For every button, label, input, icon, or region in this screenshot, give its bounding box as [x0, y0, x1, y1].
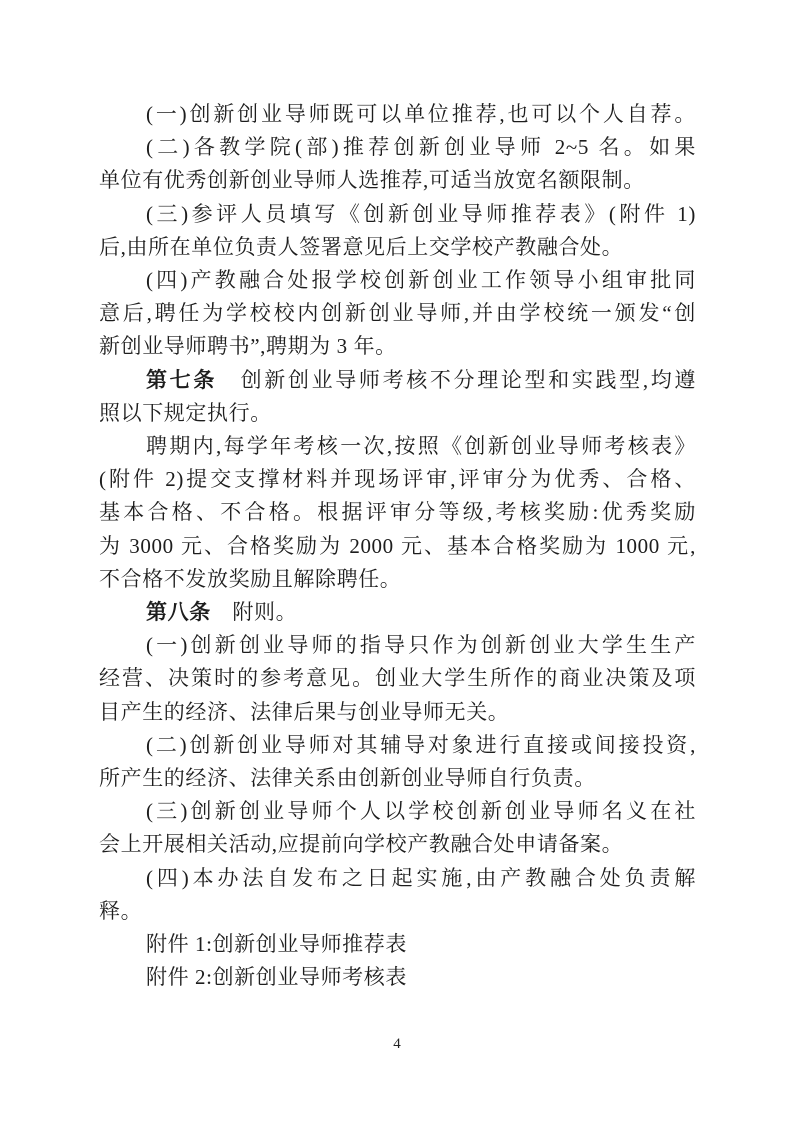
text-line: 基本合格、不合格。根据评审分等级,考核奖励:优秀奖励 — [99, 496, 696, 529]
line-text: 照以下规定执行。 — [99, 401, 272, 425]
text-line: (一)创新创业导师的指导只作为创新创业大学生生产 — [99, 629, 696, 662]
text-line: 聘期内,每学年考核一次,按照《创新创业导师考核表》 — [99, 430, 696, 463]
line-text: 不合格不发放奖励且解除聘任。 — [99, 567, 401, 591]
line-text: (四)产教融合处报学校创新创业工作领导小组审批同 — [146, 268, 696, 292]
document-page: (一)创新创业导师既可以单位推荐,也可以个人自荐。(二)各教学院(部)推荐创新创… — [0, 0, 794, 1123]
text-line: 照以下规定执行。 — [99, 397, 696, 430]
line-text: (三)创新创业导师个人以学校创新创业导师名义在社 — [146, 799, 696, 823]
text-line: (二)创新创业导师对其辅导对象进行直接或间接投资, — [99, 729, 696, 762]
line-text: (二)创新创业导师对其辅导对象进行直接或间接投资, — [146, 733, 696, 757]
line-text: 附件 2:创新创业导师考核表 — [146, 965, 407, 989]
text-line: 目产生的经济、法律后果与创业导师无关。 — [99, 696, 696, 729]
line-text: 所产生的经济、法律关系由创新创业导师自行负责。 — [99, 766, 596, 790]
line-text: 新创业导师聘书”,聘期为 3 年。 — [99, 334, 397, 358]
text-line: 为 3000 元、合格奖励为 2000 元、基本合格奖励为 1000 元, — [99, 530, 696, 563]
text-line: 单位有优秀创新创业导师人选推荐,可适当放宽名额限制。 — [99, 164, 696, 197]
line-text: (三)参评人员填写《创新创业导师推荐表》(附件 1) — [146, 202, 696, 226]
line-text: 经营、决策时的参考意见。创业大学生所作的商业决策及项 — [99, 666, 696, 690]
text-line: (一)创新创业导师既可以单位推荐,也可以个人自荐。 — [99, 98, 696, 131]
text-line: 会上开展相关活动,应提前向学校产教融合处申请备案。 — [99, 828, 696, 861]
text-line: 第七条 创新创业导师考核不分理论型和实践型,均遵 — [99, 364, 696, 397]
line-text: 会上开展相关活动,应提前向学校产教融合处申请备案。 — [99, 832, 623, 856]
text-line: (四)本办法自发布之日起实施,由产教融合处负责解 — [99, 862, 696, 895]
line-text: 基本合格、不合格。根据评审分等级,考核奖励:优秀奖励 — [99, 500, 696, 524]
line-text: 释。 — [99, 899, 142, 923]
line-text: 目产生的经济、法律后果与创业导师无关。 — [99, 700, 509, 724]
text-line: 新创业导师聘书”,聘期为 3 年。 — [99, 330, 696, 363]
page-number: 4 — [0, 1036, 794, 1053]
line-text: (附件 2)提交支撑材料并现场评审,评审分为优秀、合格、 — [99, 467, 696, 491]
article-number: 第七条 — [146, 369, 217, 392]
text-line: 所产生的经济、法律关系由创新创业导师自行负责。 — [99, 762, 696, 795]
text-line: 后,由所在单位负责人签署意见后上交学校产教融合处。 — [99, 231, 696, 264]
text-line: 不合格不发放奖励且解除聘任。 — [99, 563, 696, 596]
line-text: (二)各教学院(部)推荐创新创业导师 2~5 名。如果 — [146, 135, 696, 159]
text-line: (附件 2)提交支撑材料并现场评审,评审分为优秀、合格、 — [99, 463, 696, 496]
line-text: 附件 1:创新创业导师推荐表 — [146, 932, 407, 956]
text-line: (四)产教融合处报学校创新创业工作领导小组审批同 — [99, 264, 696, 297]
text-line: 第八条 附则。 — [99, 596, 696, 629]
article-number: 第八条 — [146, 601, 211, 624]
document-body: (一)创新创业导师既可以单位推荐,也可以个人自荐。(二)各教学院(部)推荐创新创… — [99, 98, 696, 994]
line-text: 后,由所在单位负责人签署意见后上交学校产教融合处。 — [99, 235, 623, 259]
text-line: (三)创新创业导师个人以学校创新创业导师名义在社 — [99, 795, 696, 828]
line-text: (一)创新创业导师既可以单位推荐,也可以个人自荐。 — [146, 102, 696, 126]
text-line: 意后,聘任为学校校内创新创业导师,并由学校统一颁发“创 — [99, 297, 696, 330]
text-line: 释。 — [99, 895, 696, 928]
text-line: 附件 1:创新创业导师推荐表 — [99, 928, 696, 961]
line-text: 意后,聘任为学校校内创新创业导师,并由学校统一颁发“创 — [99, 301, 696, 325]
text-line: 经营、决策时的参考意见。创业大学生所作的商业决策及项 — [99, 662, 696, 695]
line-text: 单位有优秀创新创业导师人选推荐,可适当放宽名额限制。 — [99, 168, 645, 192]
text-line: (二)各教学院(部)推荐创新创业导师 2~5 名。如果 — [99, 131, 696, 164]
line-text: 聘期内,每学年考核一次,按照《创新创业导师考核表》 — [146, 434, 696, 458]
text-line: 附件 2:创新创业导师考核表 — [99, 961, 696, 994]
line-text: 创新创业导师考核不分理论型和实践型,均遵 — [217, 368, 696, 392]
line-text: 为 3000 元、合格奖励为 2000 元、基本合格奖励为 1000 元, — [99, 534, 696, 558]
line-text: (一)创新创业导师的指导只作为创新创业大学生生产 — [146, 633, 696, 657]
line-text: (四)本办法自发布之日起实施,由产教融合处负责解 — [146, 866, 696, 890]
line-text: 附则。 — [211, 600, 297, 624]
text-line: (三)参评人员填写《创新创业导师推荐表》(附件 1) — [99, 198, 696, 231]
